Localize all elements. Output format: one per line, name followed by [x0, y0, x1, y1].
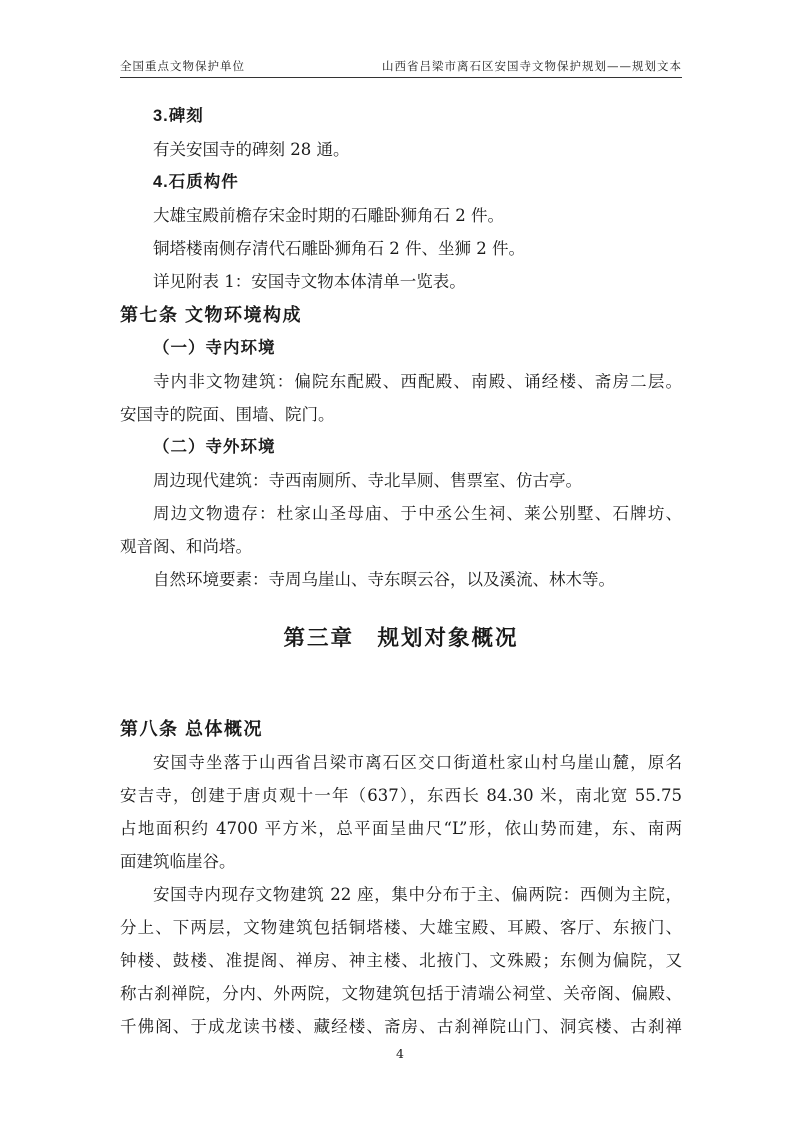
paragraph-line: 详见附表 1：安国寺文物本体清单一览表。: [120, 265, 682, 298]
paragraph-line: 安国寺内现存文物建筑 22 座，集中分布于主、偏两院：西侧为主院，: [120, 878, 682, 911]
page-header: 全国重点文物保护单位 山西省吕梁市离石区安国寺文物保护规划——规划文本: [120, 58, 682, 78]
page-number: 4: [396, 1046, 404, 1061]
paragraph-line: 占地面积约 4700 平方米，总平面呈曲尺“L”形，依山势而建，东、南两: [120, 812, 682, 845]
header-left-text: 全国重点文物保护单位: [120, 58, 245, 74]
paragraph-line: 周边文物遗存：杜家山圣母庙、于中丞公生祠、莱公别墅、石牌坊、: [120, 497, 682, 530]
paragraph-line: 面建筑临崖谷。: [120, 845, 682, 878]
sub-heading: （二）寺外环境: [120, 431, 682, 464]
paragraph-line: 观音阁、和尚塔。: [120, 530, 682, 563]
document-page: 全国重点文物保护单位 山西省吕梁市离石区安国寺文物保护规划——规划文本 3.碑刻…: [0, 0, 800, 1131]
paragraph-line: 铜塔楼南侧存清代石雕卧狮角石 2 件、坐狮 2 件。: [120, 232, 682, 265]
paragraph-line: 千佛阁、于成龙读书楼、藏经楼、斋房、古刹禅院山门、洞宾楼、古刹禅: [120, 1010, 682, 1043]
document-body: 3.碑刻有关安国寺的碑刻 28 通。4.石质构件大雄宝殿前檐存宋金时期的石雕卧狮…: [120, 100, 682, 1043]
header-right-text: 山西省吕梁市离石区安国寺文物保护规划——规划文本: [382, 58, 682, 74]
paragraph-line: 有关安国寺的碑刻 28 通。: [120, 133, 682, 166]
paragraph-line: 安国寺坐落于山西省吕梁市离石区交口街道杜家山村乌崖山麓，原名: [120, 746, 682, 779]
paragraph-line: 自然环境要素：寺周乌崖山、寺东暝云谷，以及溪流、林木等。: [120, 563, 682, 596]
numbered-heading: 4.石质构件: [120, 166, 682, 199]
numbered-heading: 3.碑刻: [120, 100, 682, 133]
page-footer: 4: [0, 1046, 800, 1061]
paragraph-line: 称古刹禅院，分内、外两院，文物建筑包括于清端公祠堂、关帝阁、偏殿、: [120, 977, 682, 1010]
paragraph-line: 分上、下两层，文物建筑包括铜塔楼、大雄宝殿、耳殿、客厅、东掖门、: [120, 911, 682, 944]
chapter-heading: 第三章 规划对象概况: [120, 618, 682, 658]
sub-heading: （一）寺内环境: [120, 332, 682, 365]
paragraph-line: 寺内非文物建筑：偏院东配殿、西配殿、南殿、诵经楼、斋房二层。: [120, 365, 682, 398]
paragraph-line: 大雄宝殿前檐存宋金时期的石雕卧狮角石 2 件。: [120, 199, 682, 232]
paragraph-line: 安吉寺，创建于唐贞观十一年（637），东西长 84.30 米，南北宽 55.75…: [120, 779, 682, 812]
paragraph-line: 周边现代建筑：寺西南厕所、寺北旱厕、售票室、仿古亭。: [120, 464, 682, 497]
paragraph-line: 钟楼、鼓楼、准提阁、禅房、神主楼、北掖门、文殊殿；东侧为偏院，又: [120, 944, 682, 977]
paragraph-line: 安国寺的院面、围墙、院门。: [120, 398, 682, 431]
article-heading: 第八条 总体概况: [120, 712, 682, 746]
article-heading: 第七条 文物环境构成: [120, 298, 682, 332]
